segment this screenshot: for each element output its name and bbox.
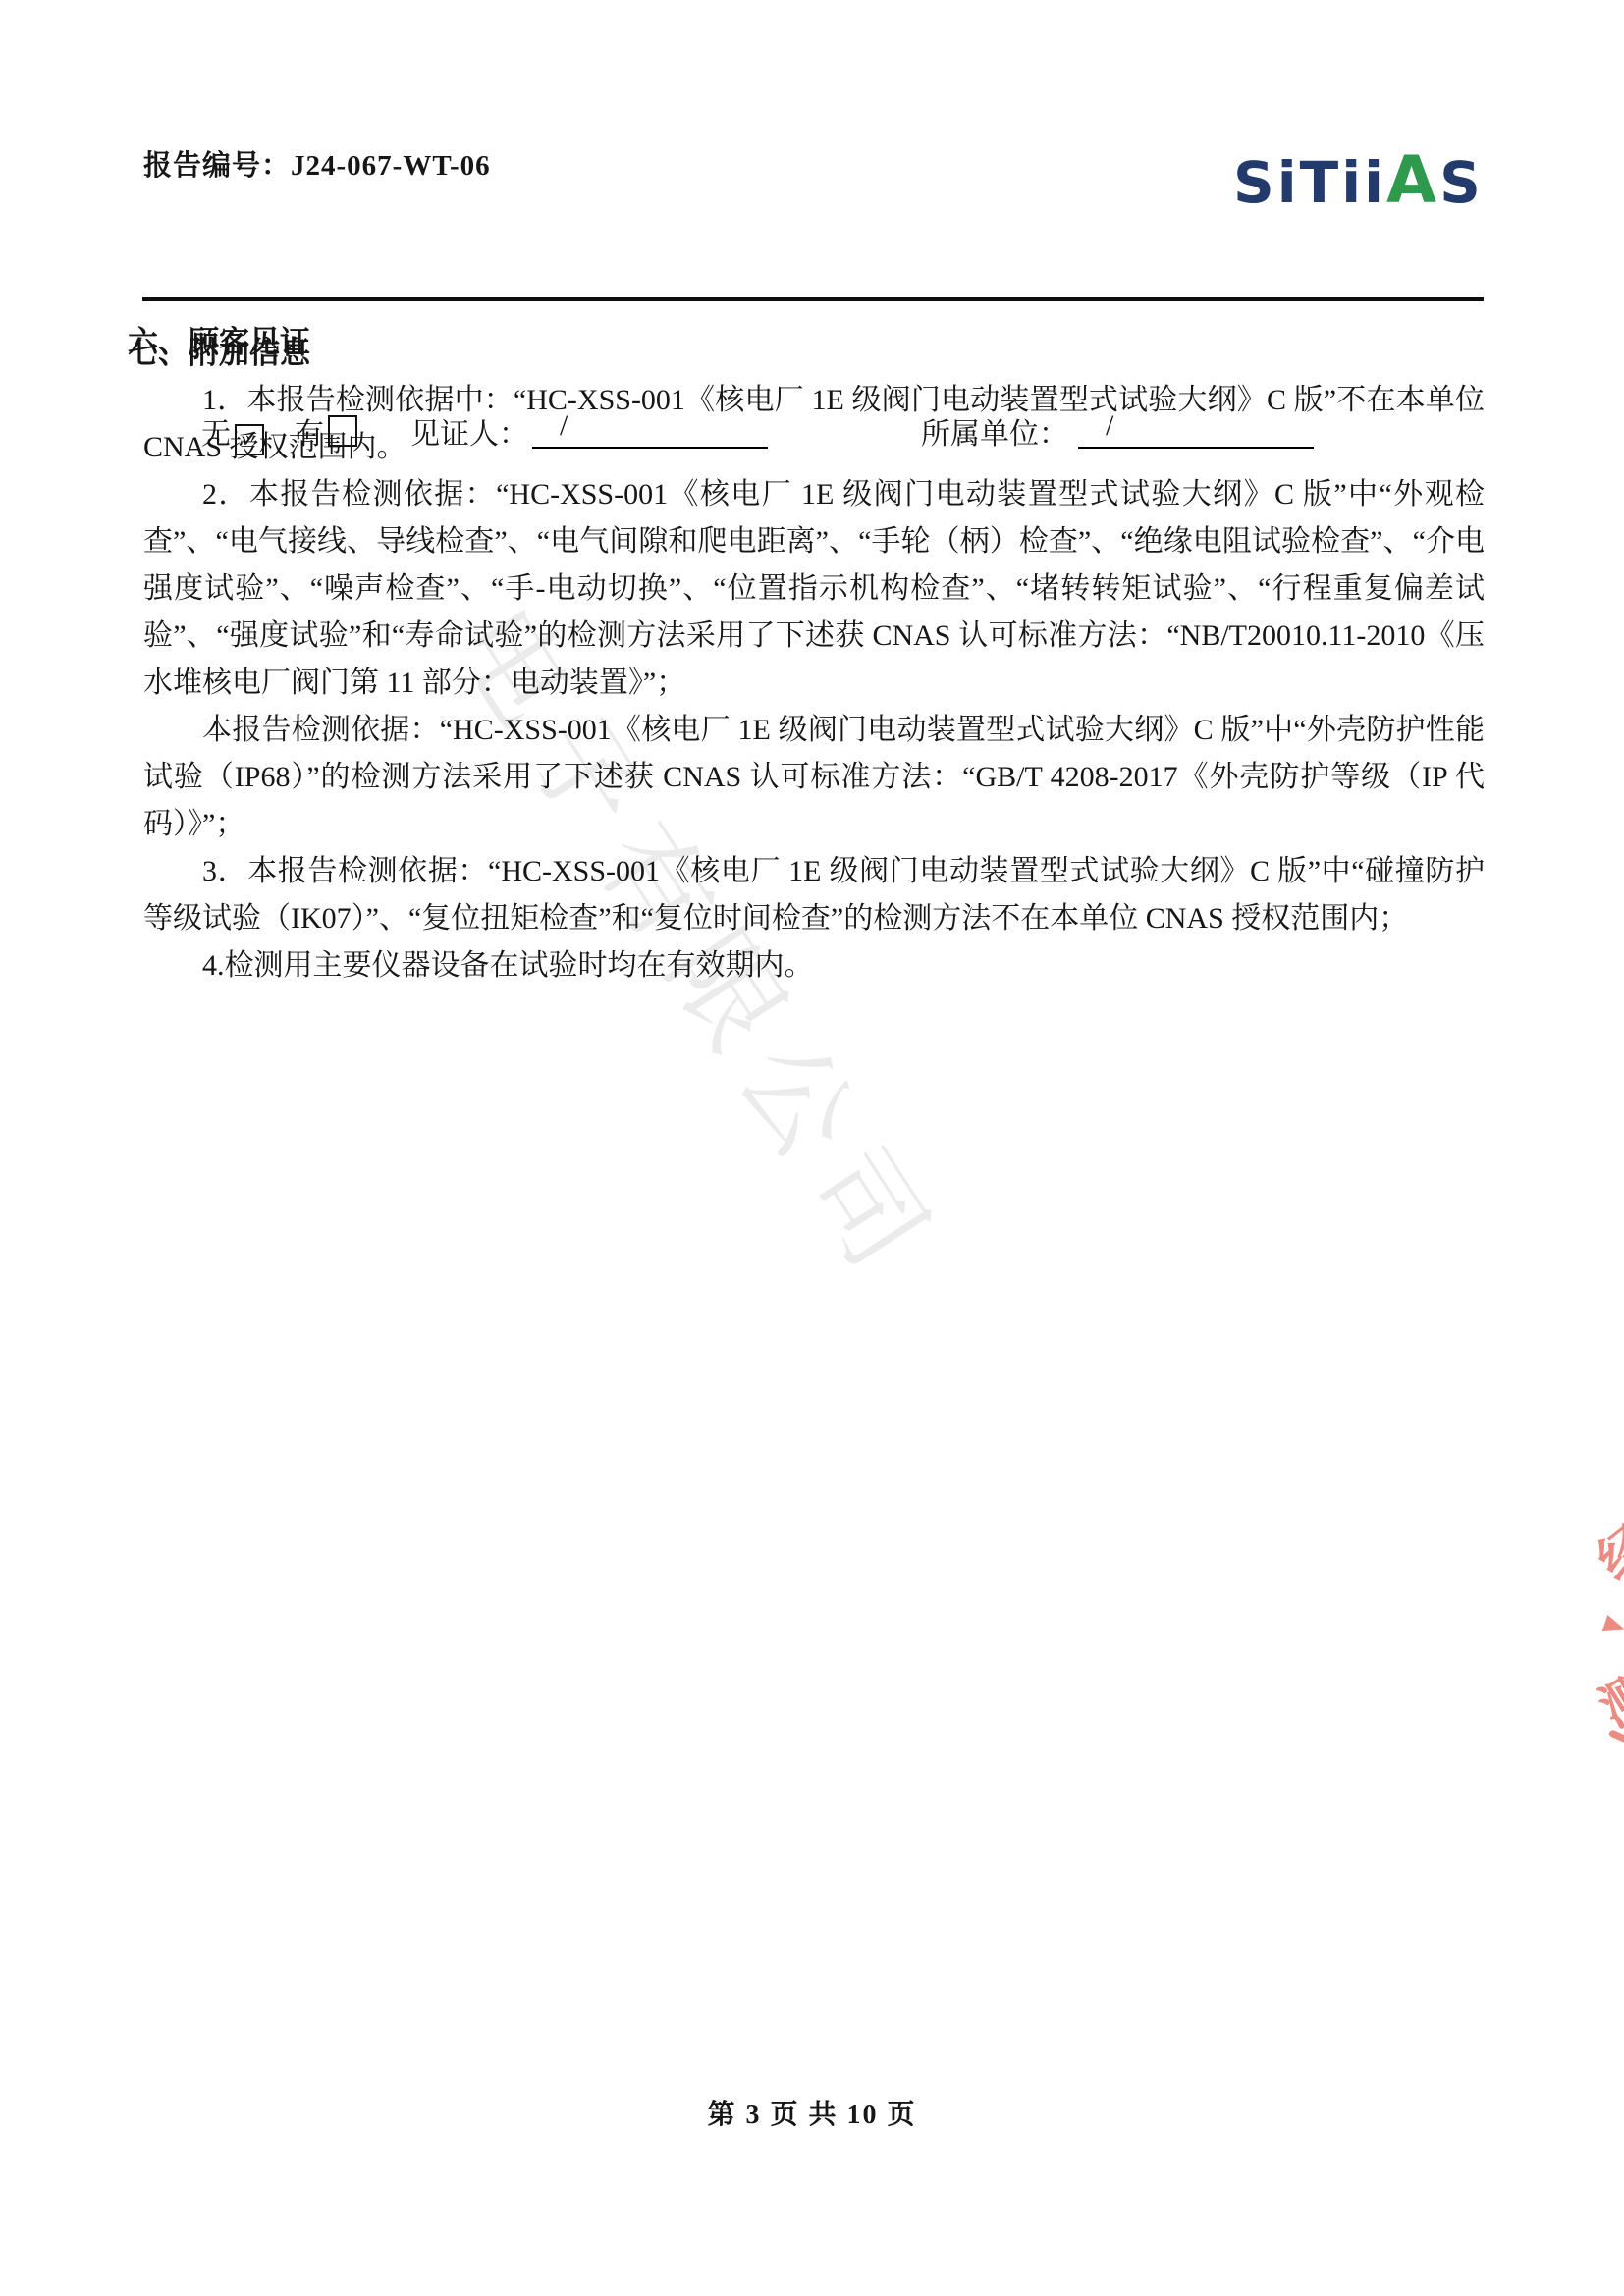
paragraph-2: 2．本报告检测依据：“HC-XSS-001《核电厂 1E 级阀门电动装置型式试验… xyxy=(143,471,1485,707)
company-logo: SiTiiAS xyxy=(1233,146,1624,217)
paragraph-2b: 本报告检测依据：“HC-XSS-001《核电厂 1E 级阀门电动装置型式试验大纲… xyxy=(143,707,1485,848)
logo-text-right: S xyxy=(1439,149,1484,216)
paragraph-3: 3．本报告检测依据：“HC-XSS-001《核电厂 1E 级阀门电动装置型式试验… xyxy=(143,848,1485,942)
header-divider xyxy=(142,297,1484,301)
logo-text-left: SiTii xyxy=(1233,149,1386,216)
stamp-fragment-1: 经 xyxy=(1579,1504,1624,1593)
stamp-fragment-2: 测 xyxy=(1583,1651,1624,1740)
report-number-value: J24-067-WT-06 xyxy=(291,150,491,182)
paragraph-1: 1．本报告检测依据中：“HC-XSS-001《核电厂 1E 级阀门电动装置型式试… xyxy=(143,377,1485,471)
paragraph-4: 4.检测用主要仪器设备在试验时均在有效期内。 xyxy=(143,942,1485,989)
section7: 七、附加信息 1．本报告检测依据中：“HC-XSS-001《核电厂 1E 级阀门… xyxy=(143,330,1485,989)
page-footer: 第 3 页 共 10 页 xyxy=(0,2093,1624,2132)
stamp-wedge-mark xyxy=(1602,1615,1624,1638)
report-number-label: 报告编号： xyxy=(143,150,291,182)
report-page: 电子有限公司 报告编号：J24-067-WT-06 SiTiiAS 六、顾客见证… xyxy=(0,0,1624,2296)
section7-title: 七、附加信息 xyxy=(128,330,1485,377)
logo-letter-a: A xyxy=(1386,142,1439,218)
